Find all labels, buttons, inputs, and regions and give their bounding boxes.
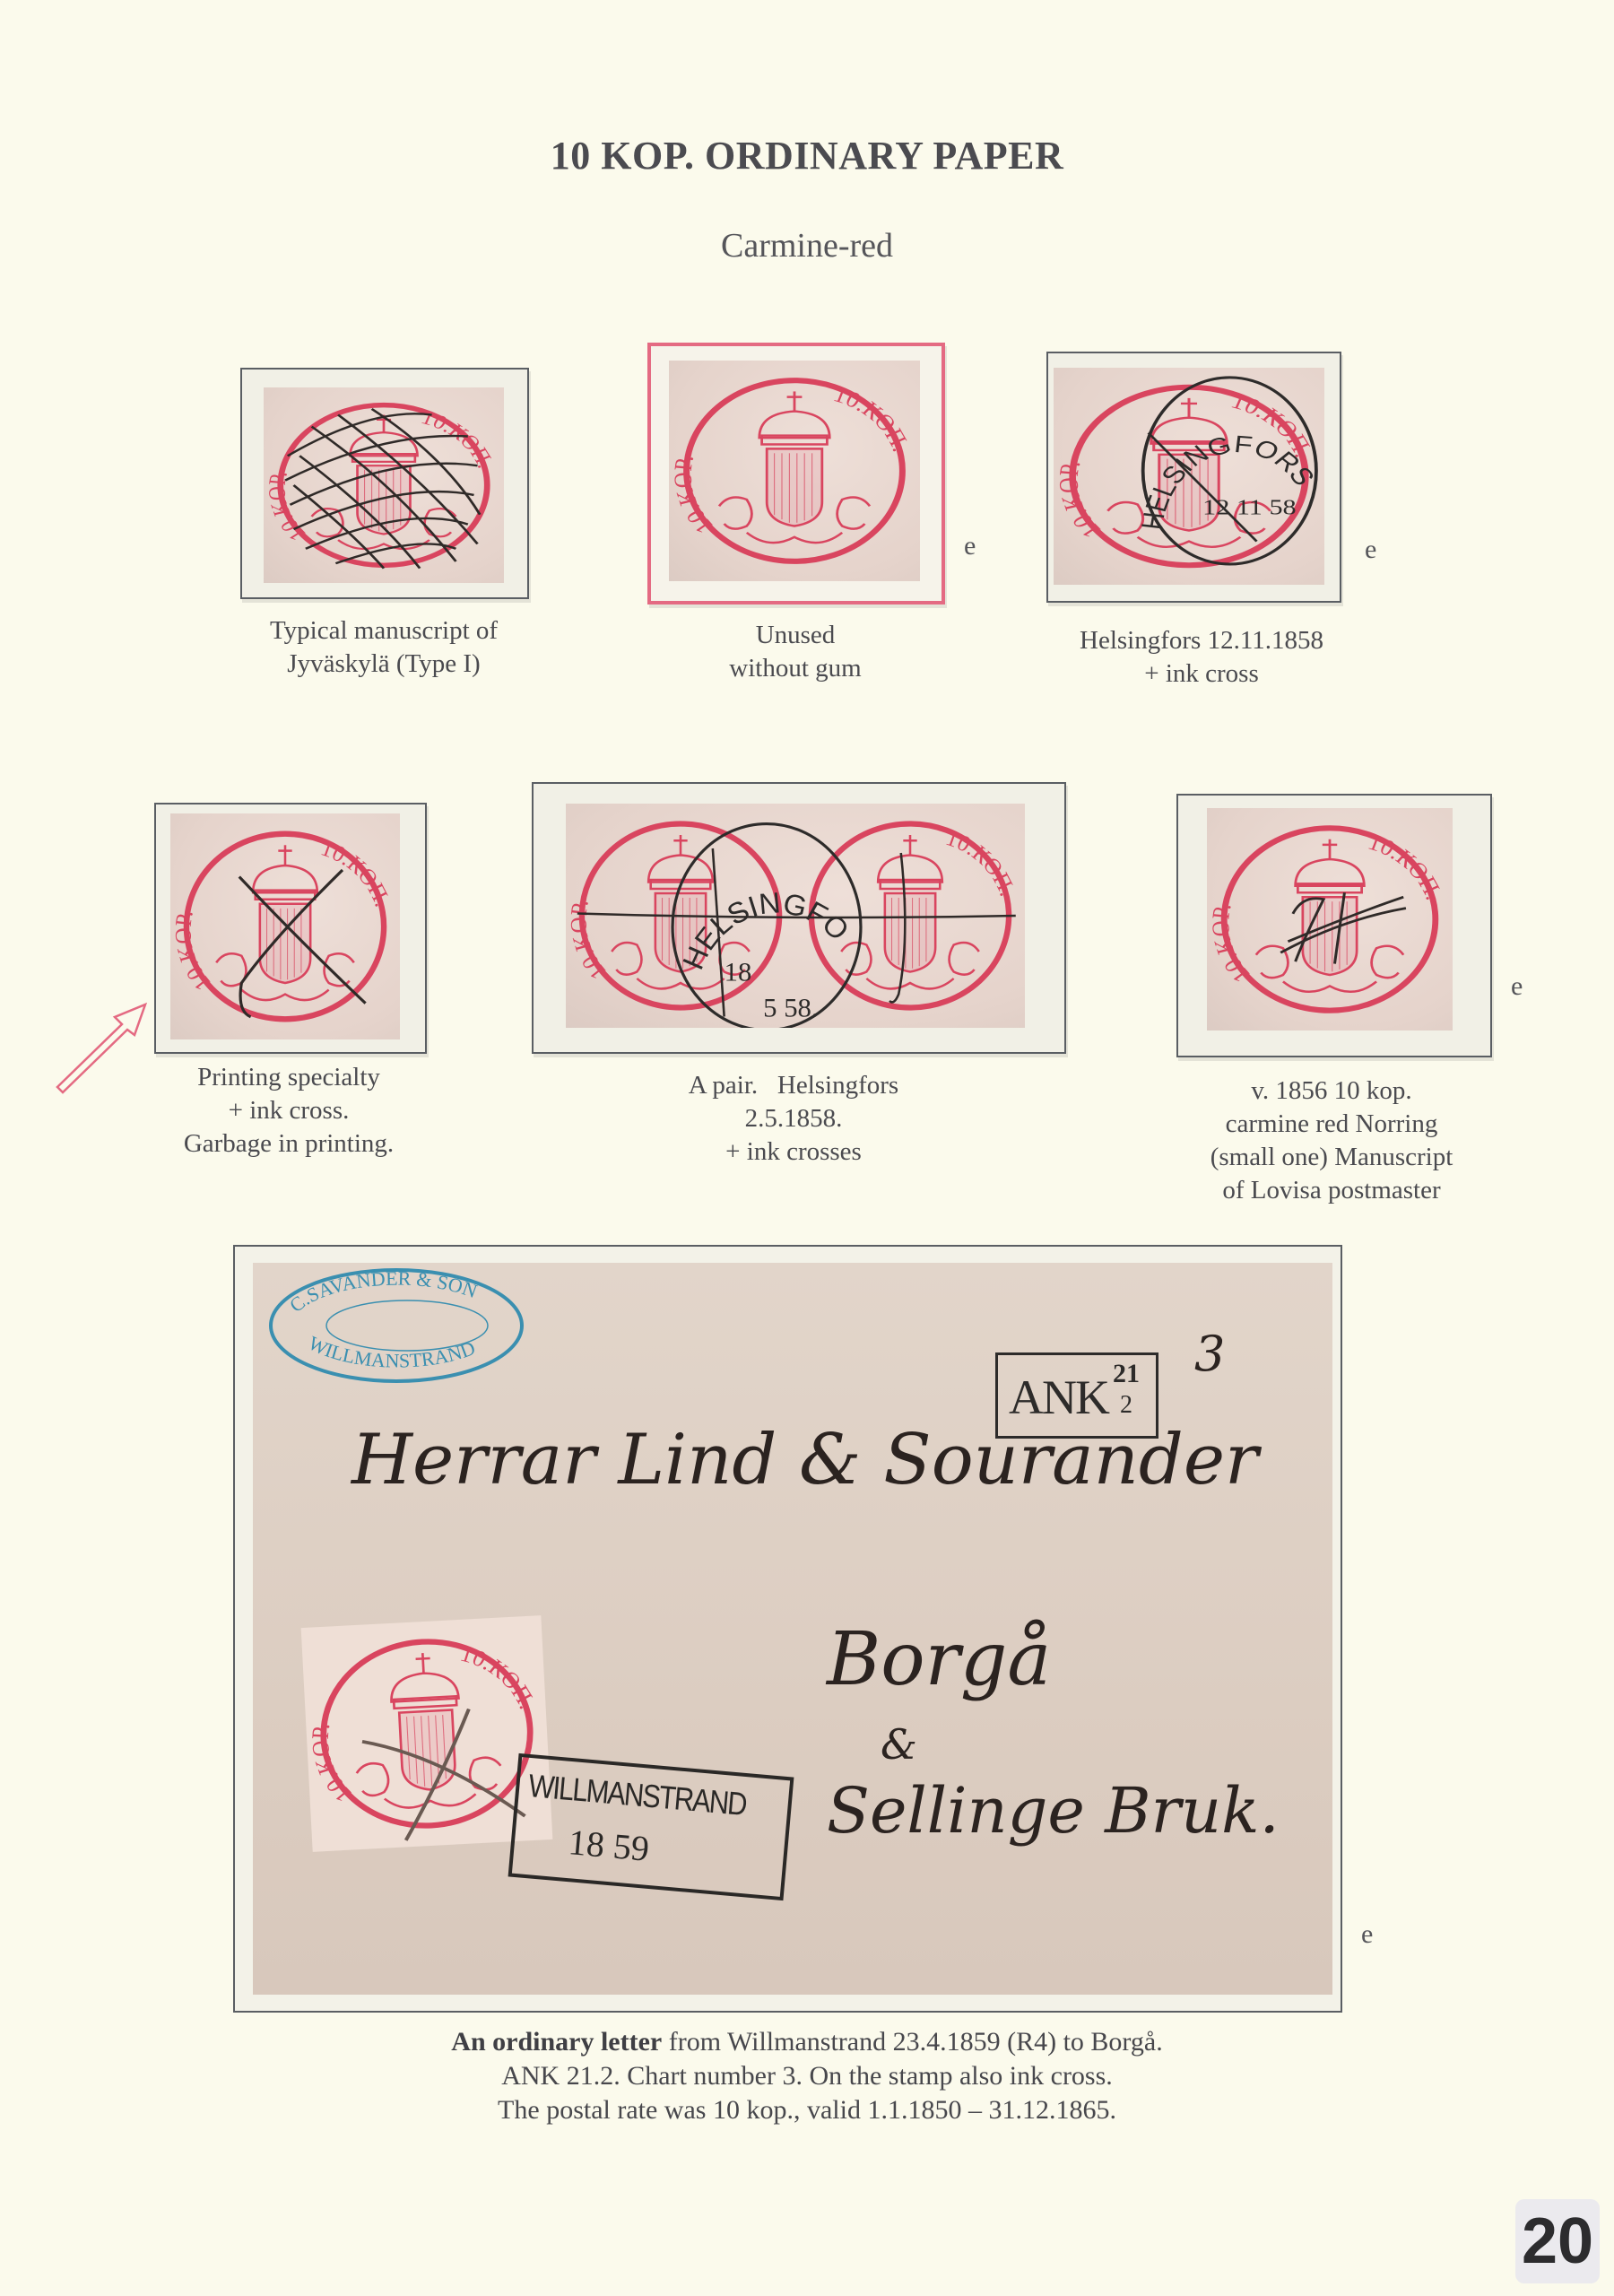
svg-text:10.КОП.: 10.КОП. <box>418 406 499 471</box>
condition-mark: e <box>1511 971 1523 1002</box>
condition-mark: e <box>1365 535 1376 565</box>
stamp-frame-jyvaskyla[interactable]: 10.KOP. 10.КОП. <box>240 368 529 599</box>
svg-text:10.KOP.: 10.KOP. <box>669 453 718 539</box>
cover-frame[interactable]: C.SAVANDER & SON WILLMANSTRAND ANK 21 2 … <box>233 1245 1342 2013</box>
svg-text:12 11 58: 12 11 58 <box>1202 495 1297 519</box>
stamp-frame-helsingfors[interactable]: 10.KOP. 10.КОП. HELSINGFORS 12 11 58 <box>1046 352 1341 603</box>
svg-text:10.КОП.: 10.КОП. <box>317 835 395 909</box>
stamp-frame-unused[interactable]: 10.KOP. 10.КОП. <box>647 343 945 604</box>
address-line-4: Sellinge Bruk. <box>827 1774 1280 1848</box>
svg-text:18: 18 <box>725 957 752 987</box>
stamp-image: 10.KOP. 10.КОП. <box>264 387 504 583</box>
svg-text:10.KOP.: 10.KOP. <box>306 1718 359 1808</box>
address-line-1: Herrar Lind & Sourander <box>351 1420 1258 1500</box>
svg-text:C.SAVANDER & SON: C.SAVANDER & SON <box>285 1267 481 1318</box>
caption-pair: A pair. Helsingfors2.5.1858.+ ink crosse… <box>614 1069 973 1169</box>
condition-mark: e <box>1361 1919 1373 1950</box>
svg-text:10.KOP.: 10.KOP. <box>1207 900 1255 987</box>
caption-printing-specialty: Printing specialty+ ink cross.Garbage in… <box>109 1061 468 1161</box>
svg-text:10.KOP.: 10.KOP. <box>566 897 612 984</box>
willmanstrand-postmark: WILLMANSTRAND 18 59 <box>508 1753 794 1900</box>
svg-text:10.KOP.: 10.KOP. <box>1054 458 1106 543</box>
page-subtitle: Carmine-red <box>0 226 1614 265</box>
caption-unused: Unusedwithout gum <box>616 619 975 685</box>
svg-text:10.КОП.: 10.КОП. <box>1365 830 1448 903</box>
page-title: 10 KOP. ORDINARY PAPER <box>0 133 1614 178</box>
cover-caption: An ordinary letter from Willmanstrand 23… <box>0 2025 1614 2127</box>
address-line-3: & <box>881 1720 917 1769</box>
svg-text:10.KOP.: 10.KOP. <box>170 908 216 996</box>
caption-bold: An ordinary letter <box>451 2027 662 2057</box>
condition-mark: e <box>964 531 976 561</box>
stamp-image: 10.KOP. 10.КОП. <box>1207 808 1453 1031</box>
caption-lovisa: v. 1856 10 kop.carmine red Norring(small… <box>1152 1074 1511 1207</box>
svg-text:10.КОП.: 10.КОП. <box>830 382 915 455</box>
envelope: C.SAVANDER & SON WILLMANSTRAND ANK 21 2 … <box>253 1263 1332 1995</box>
svg-text:WILLMANSTRAND: WILLMANSTRAND <box>305 1331 478 1371</box>
chart-number: 3 <box>1194 1326 1225 1382</box>
stamp-frame-lovisa[interactable]: 10.KOP. 10.КОП. <box>1176 794 1492 1057</box>
ink-crosses-icon <box>577 848 1016 1017</box>
page-number-badge: 20 <box>1515 2199 1600 2283</box>
caption-helsingfors: Helsingfors 12.11.1858+ ink cross <box>1013 624 1390 691</box>
stamp-image: 10.KOP. 10.КОП. <box>170 813 400 1039</box>
stamp-image: 10.KOP. 10.КОП. HELSINGFORS 12 11 58 <box>1054 368 1324 585</box>
svg-text:10.КОП.: 10.КОП. <box>942 825 1020 899</box>
stamp-pair-image: 10.KOP. 10.КОП. HELSINGFORS 18 5 58. <box>566 804 1025 1028</box>
caption-jyvaskyla: Typical manuscript ofJyväskylä (Type I) <box>204 614 563 681</box>
sender-oval-stamp-icon: C.SAVANDER & SON WILLMANSTRAND <box>264 1263 529 1388</box>
stamp-image: 10.KOP. 10.КОП. <box>669 361 920 581</box>
helsingfors-postmark-icon: HELSINGFORS 12 11 58 <box>1136 378 1320 564</box>
stamp-frame-pair[interactable]: 10.KOP. 10.КОП. HELSINGFORS 18 5 58. <box>532 782 1066 1054</box>
address-line-2: Borgå <box>827 1617 1051 1702</box>
stamp-frame-printing-specialty[interactable]: 10.KOP. 10.КОП. <box>154 803 427 1054</box>
svg-text:10.КОП.: 10.КОП. <box>456 1637 542 1716</box>
svg-text:5 58.: 5 58. <box>763 993 818 1023</box>
